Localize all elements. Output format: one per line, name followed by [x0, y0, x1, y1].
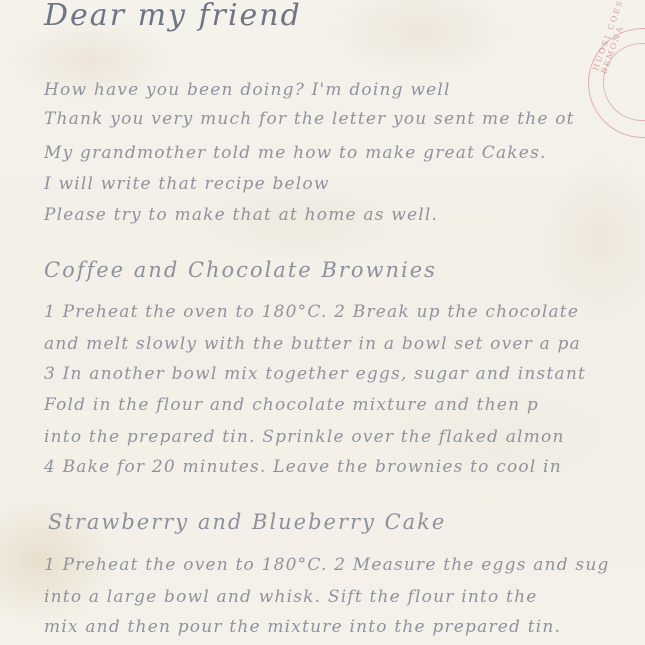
- brownies-step-line-5: into the prepared tin. Sprinkle over the…: [44, 427, 565, 447]
- brownies-step-line-2: and melt slowly with the butter in a bow…: [44, 334, 581, 354]
- brownies-step-line-6: 4 Bake for 20 minutes. Leave the brownie…: [44, 457, 562, 477]
- intro-line-3: My grandmother told me how to make great…: [44, 143, 547, 163]
- intro-line-1: How have you been doing? I'm doing well: [44, 80, 451, 100]
- letter-greeting: Dear my friend: [44, 0, 302, 33]
- intro-line-4: I will write that recipe below: [44, 174, 330, 194]
- intro-line-5: Please try to make that at home as well.: [44, 205, 438, 225]
- recipe-title-brownies: Coffee and Chocolate Brownies: [44, 258, 437, 282]
- brownies-step-line-4: Fold in the flour and chocolate mixture …: [44, 395, 539, 415]
- brownies-step-line-3: 3 In another bowl mix together eggs, sug…: [44, 364, 586, 384]
- cake-step-line-3: mix and then pour the mixture into the p…: [44, 617, 561, 637]
- cake-step-line-2: into a large bowl and whisk. Sift the fl…: [44, 587, 537, 607]
- cake-step-line-1: 1 Preheat the oven to 180°C. 2 Measure t…: [44, 555, 610, 575]
- intro-line-2: Thank you very much for the letter you s…: [44, 109, 575, 129]
- recipe-title-strawberry-cake: Strawberry and Blueberry Cake: [48, 510, 446, 534]
- brownies-step-line-1: 1 Preheat the oven to 180°C. 2 Break up …: [44, 302, 579, 322]
